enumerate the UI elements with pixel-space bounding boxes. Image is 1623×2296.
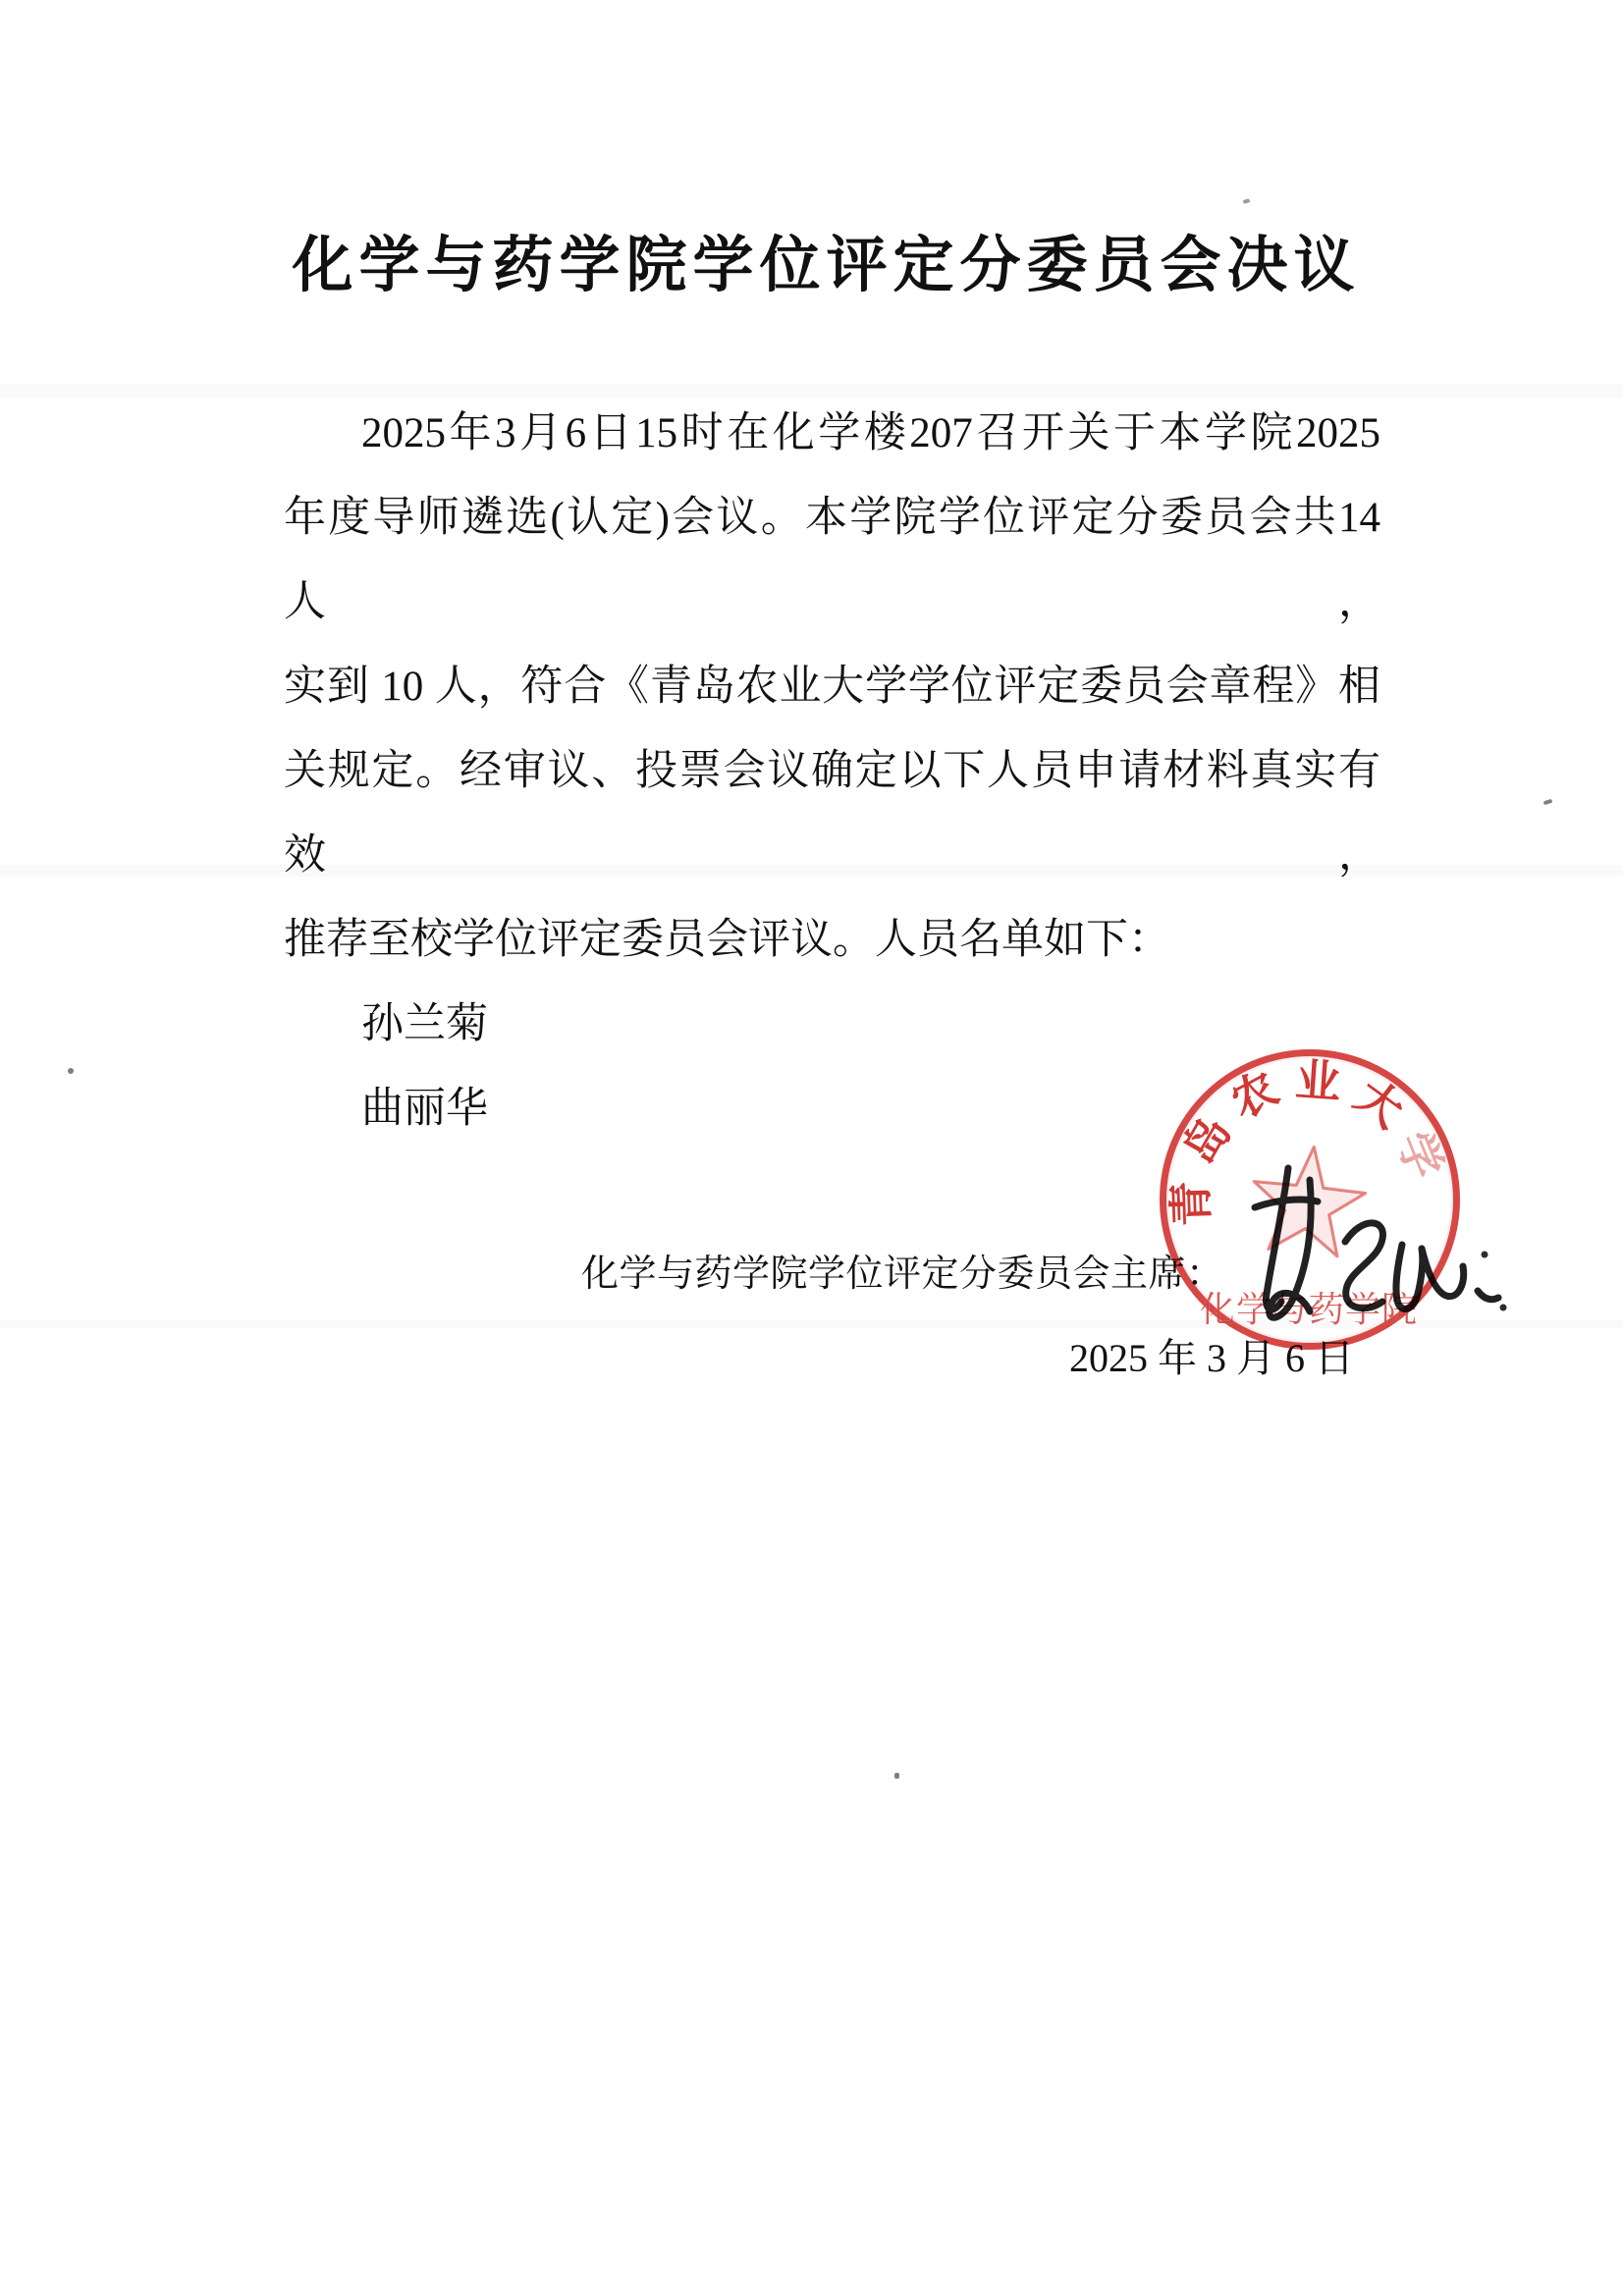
scan-speck [894,1773,899,1779]
document-body: 2025年3月6日15时在化学楼207召开关于本学院2025 年度导师遴选(认定… [284,392,1380,1151]
body-line: 实到 10 人，符合《青岛农业大学学位评定委员会章程》相 [284,645,1380,729]
scan-speck [1543,799,1553,806]
body-line: 年度导师遴选(认定)会议。本学院学位评定分委员会共14人， [284,476,1380,645]
body-line: 关规定。经审议、投票会议确定以下人员申请材料真实有效， [284,729,1380,898]
name-list-item: 孙兰菊 [284,983,1380,1067]
scan-speck [68,1068,74,1074]
body-line: 2025年3月6日15时在化学楼207召开关于本学院2025 [284,392,1380,476]
star-icon [1247,1145,1369,1266]
scan-band [0,1319,1623,1329]
body-line: 推荐至校学位评定委员会评议。人员名单如下： [284,898,1380,983]
scan-speck [1243,198,1251,204]
handwritten-signature-icon [1227,1139,1512,1345]
seal-bottom-text: 化学与药学院 [1200,1282,1416,1332]
document-title: 化学与药学院学位评定分委员会决议 [15,216,1623,303]
name-list-item: 曲丽华 [284,1067,1380,1151]
document-page: 化学与药学院学位评定分委员会决议 2025年3月6日15时在化学楼207召开关于… [0,0,1623,2296]
date-line: 2025 年 3 月 6 日 [1069,1327,1354,1383]
signature-label: 化学与药学院学位评定分委员会主席： [581,1243,1224,1297]
